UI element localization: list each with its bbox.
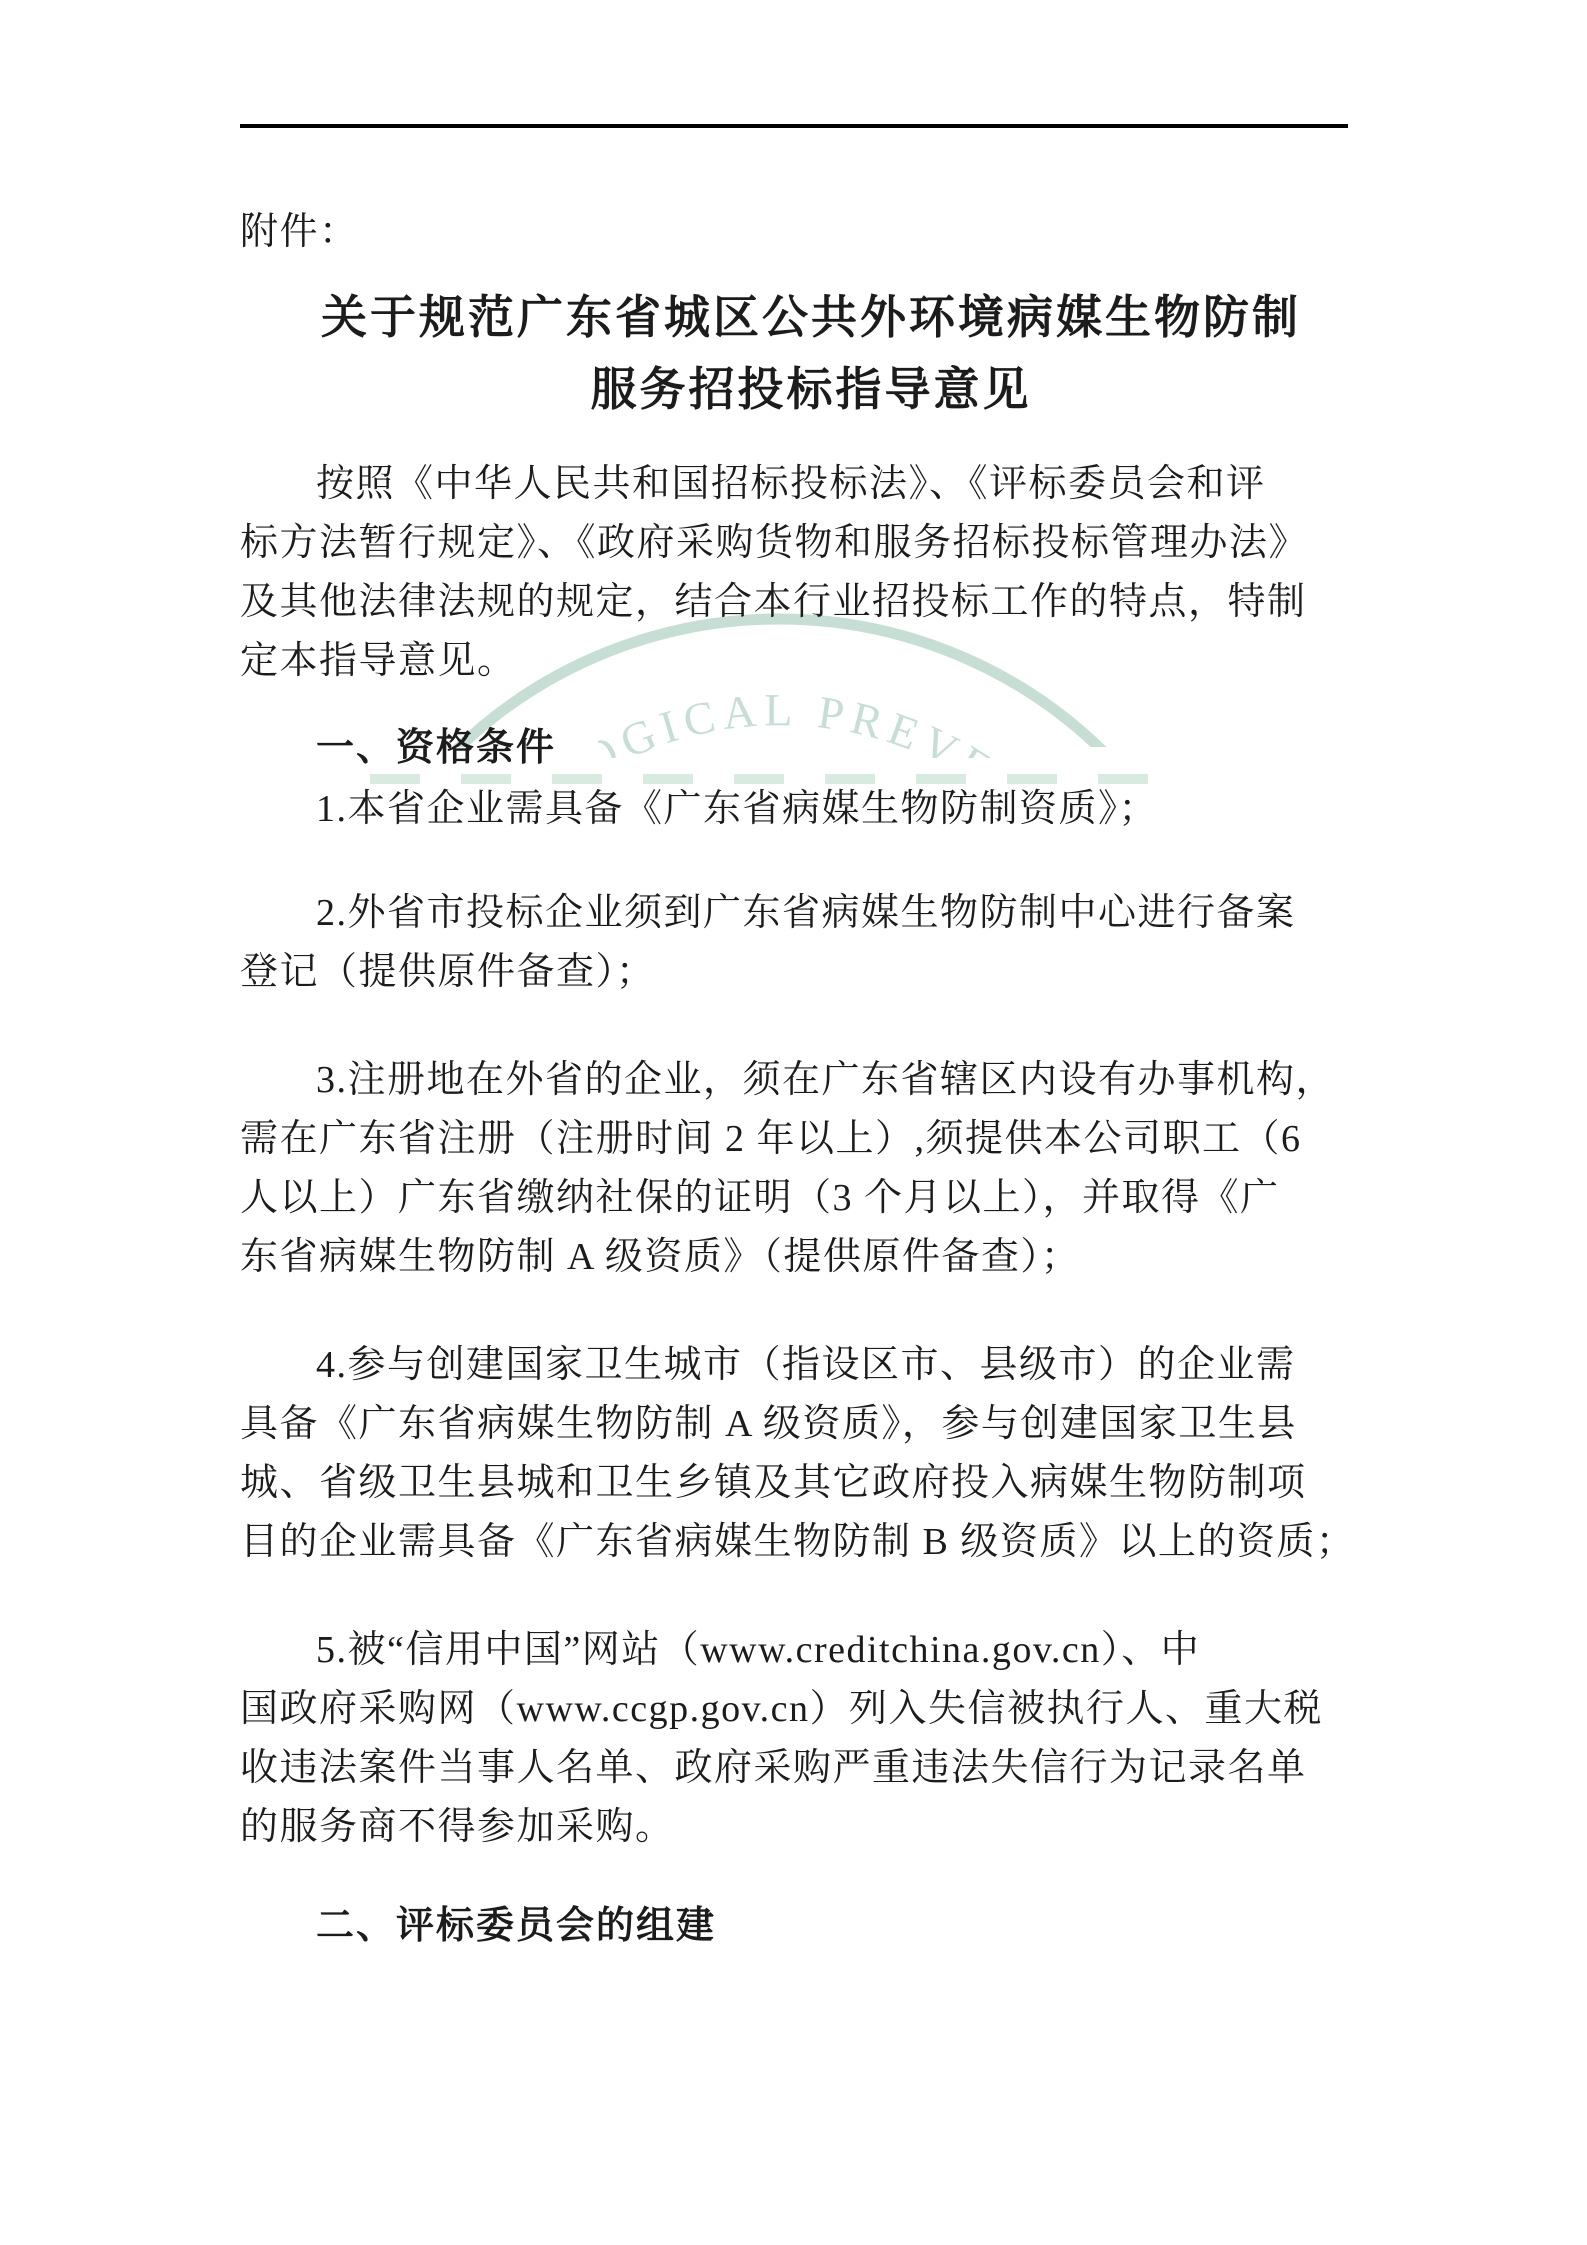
item-line: 东省病媒生物防制 A 级资质》（提供原件备查）； bbox=[240, 1228, 1352, 1287]
item-line: 1.本省企业需具备《广东省病媒生物防制资质》； bbox=[240, 780, 1352, 839]
item-line: 需在广东省注册（注册时间 2 年以上）,须提供本公司职工（6 bbox=[240, 1110, 1352, 1169]
doc-title-line-2: 服务招投标指导意见 bbox=[255, 354, 1367, 426]
item-line: 人以上）广东省缴纳社保的证明（3 个月以上），并取得《广 bbox=[240, 1169, 1352, 1228]
item-line: 5.被“信用中国”网站（www.creditchina.gov.cn）、中 bbox=[240, 1621, 1352, 1680]
doc-title-line-1: 关于规范广东省城区公共外环境病媒生物防制 bbox=[255, 282, 1367, 354]
qualification-item-4: 4.参与创建国家卫生城市（指设区市、县级市）的企业需 具备《广东省病媒生物防制 … bbox=[240, 1336, 1352, 1572]
attachment-label: 附件： bbox=[240, 203, 1352, 262]
section-2-heading: 二、评标委员会的组建 bbox=[240, 1897, 1352, 1956]
top-rule bbox=[240, 124, 1348, 128]
item-line: 登记（提供原件备查）； bbox=[240, 943, 1352, 1002]
doc-title: 服务招投标指导意见 bbox=[255, 354, 1367, 426]
qualification-item-2: 2.外省市投标企业须到广东省病媒生物防制中心进行备案 登记（提供原件备查）； bbox=[240, 884, 1352, 1002]
item-line: 收违法案件当事人名单、政府采购严重违法失信行为记录名单 bbox=[240, 1739, 1352, 1798]
qualification-item-1: 1.本省企业需具备《广东省病媒生物防制资质》； bbox=[240, 780, 1352, 839]
intro-line: 及其他法律法规的规定，结合本行业招投标工作的特点，特制 bbox=[240, 573, 1352, 632]
item-line: 国政府采购网（www.ccgp.gov.cn）列入失信被执行人、重大税 bbox=[240, 1680, 1352, 1739]
section-1-heading-block: 一、资格条件 bbox=[240, 719, 1352, 778]
item-line: 2.外省市投标企业须到广东省病媒生物防制中心进行备案 bbox=[240, 884, 1352, 943]
item-line: 的服务商不得参加采购。 bbox=[240, 1798, 1352, 1857]
intro-paragraph: 按照《中华人民共和国招标投标法》、《评标委员会和评 标方法暂行规定》、《政府采购… bbox=[240, 455, 1352, 691]
attachment-label-block: 附件： bbox=[240, 203, 1352, 262]
item-line: 具备《广东省病媒生物防制 A 级资质》，参与创建国家卫生县 bbox=[240, 1395, 1352, 1454]
section-1-heading: 一、资格条件 bbox=[240, 719, 1352, 778]
intro-line: 按照《中华人民共和国招标投标法》、《评标委员会和评 bbox=[240, 455, 1352, 514]
intro-line: 标方法暂行规定》、《政府采购货物和服务招标投标管理办法》 bbox=[240, 514, 1352, 573]
qualification-item-5: 5.被“信用中国”网站（www.creditchina.gov.cn）、中 国政… bbox=[240, 1621, 1352, 1857]
item-line: 3.注册地在外省的企业，须在广东省辖区内设有办事机构， bbox=[240, 1051, 1352, 1110]
item-line: 目的企业需具备《广东省病媒生物防制 B 级资质》以上的资质； bbox=[240, 1513, 1352, 1572]
section-2-heading-block: 二、评标委员会的组建 bbox=[240, 1897, 1352, 1956]
intro-line: 定本指导意见。 bbox=[240, 632, 1352, 691]
item-line: 4.参与创建国家卫生城市（指设区市、县级市）的企业需 bbox=[240, 1336, 1352, 1395]
document-page: OLOGICAL PREVENTION 附件： 关于规范广东省城区公共外环境病媒… bbox=[0, 0, 1587, 2245]
doc-title: 关于规范广东省城区公共外环境病媒生物防制 bbox=[255, 282, 1367, 354]
qualification-item-3: 3.注册地在外省的企业，须在广东省辖区内设有办事机构， 需在广东省注册（注册时间… bbox=[240, 1051, 1352, 1287]
item-line: 城、省级卫生县城和卫生乡镇及其它政府投入病媒生物防制项 bbox=[240, 1454, 1352, 1513]
